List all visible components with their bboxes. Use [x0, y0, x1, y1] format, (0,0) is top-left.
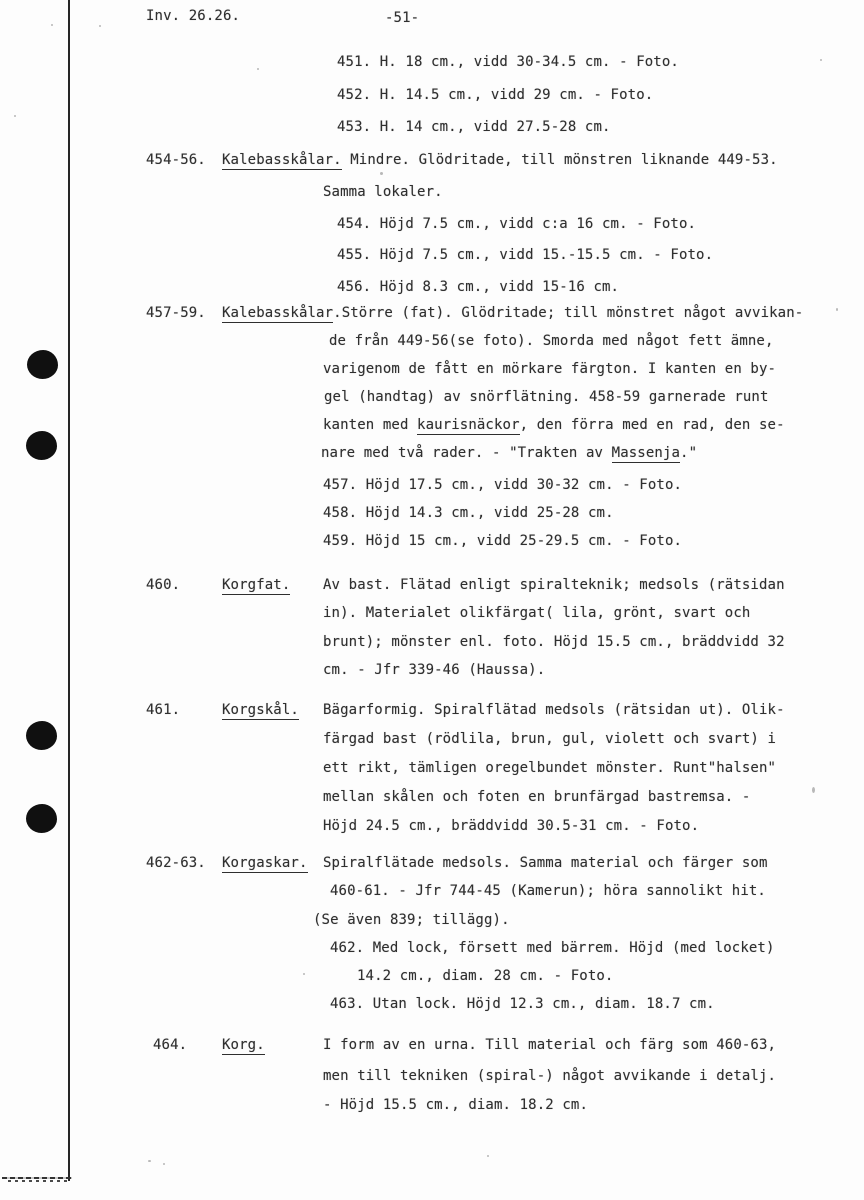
- entry-464-heading: 464.Korg.I form av en urna. Till materia…: [153, 1037, 776, 1053]
- punch-hole-mark: [26, 721, 57, 750]
- catalog-item-453: 453. H. 14 cm., vidd 27.5-28 cm.: [337, 119, 611, 135]
- entry-description: varigenom de fått en mörkare färgton. I …: [323, 361, 776, 377]
- entry-description: Höjd 24.5 cm., bräddvidd 30.5-31 cm. - F…: [323, 818, 699, 834]
- scan-speck: [820, 59, 822, 61]
- entry-description: Samma lokaler.: [323, 184, 443, 200]
- scan-speck: [163, 1163, 165, 1165]
- catalog-item-454: 454. Höjd 7.5 cm., vidd c:a 16 cm. - Fot…: [337, 216, 696, 232]
- entry-description: Mindre. Glödritade, till mönstren liknan…: [342, 152, 778, 168]
- scan-speck: [836, 308, 838, 311]
- entry-description: nare med två rader. - "Trakten av Massen…: [321, 445, 697, 461]
- document-page: Inv. 26.26. -51- 451. H. 18 cm., vidd 30…: [0, 0, 864, 1200]
- entry-description: kanten med kaurisnäckor, den förra med e…: [323, 417, 785, 433]
- binding-rule-line: [68, 0, 70, 1181]
- entry-description: Av bast. Flätad enligt spiralteknik; med…: [323, 577, 785, 593]
- scan-speck: [257, 68, 259, 70]
- inventory-number: Inv. 26.26.: [146, 8, 240, 24]
- underlined-word: kaurisnäckor: [417, 417, 520, 435]
- entry-number: 454-56.: [146, 152, 222, 168]
- punch-hole-mark: [27, 350, 58, 379]
- entry-462-63-heading: 462-63.Korgaskar.Spiralflätade medsols. …: [146, 855, 768, 871]
- entry-term: Korg.: [222, 1037, 265, 1055]
- punch-hole-mark: [26, 804, 57, 833]
- entry-description: - Höjd 15.5 cm., diam. 18.2 cm.: [323, 1097, 588, 1113]
- entry-description: de från 449-56(se foto). Smorda med någo…: [329, 333, 774, 349]
- entry-number: 460.: [146, 577, 222, 593]
- entry-457-59-heading: 457-59.Kalebasskålar.Större (fat). Glödr…: [146, 305, 803, 321]
- entry-461-heading: 461.Korgskål.Bägarformig. Spiralflätad m…: [146, 702, 785, 718]
- entry-460-heading: 460.Korgfat.Av bast. Flätad enligt spira…: [146, 577, 785, 593]
- page-number: -51-: [385, 10, 419, 26]
- entry-term: Korgaskar.: [222, 855, 308, 873]
- catalog-item-451: 451. H. 18 cm., vidd 30-34.5 cm. - Foto.: [337, 54, 679, 70]
- underlined-word: Massenja: [612, 445, 680, 463]
- scan-speck: [14, 115, 16, 117]
- entry-description: in). Materialet olikfärgat( lila, grönt,…: [323, 605, 750, 621]
- catalog-item-456: 456. Höjd 8.3 cm., vidd 15-16 cm.: [337, 279, 619, 295]
- entry-description: ett rikt, tämligen oregelbundet mönster.…: [323, 760, 776, 776]
- entry-454-56-heading: 454-56.Kalebasskålar. Mindre. Glödritade…: [146, 152, 778, 168]
- scan-speck: [51, 24, 53, 26]
- entry-number: 457-59.: [146, 305, 222, 321]
- entry-number: 462-63.: [146, 855, 222, 871]
- entry-description: cm. - Jfr 339-46 (Haussa).: [323, 662, 545, 678]
- entry-number: 461.: [146, 702, 222, 718]
- scan-speck: [303, 973, 305, 975]
- scan-speck: [380, 172, 383, 175]
- catalog-item-457: 457. Höjd 17.5 cm., vidd 30-32 cm. - Fot…: [323, 477, 682, 493]
- entry-description: (Se även 839; tillägg).: [313, 912, 510, 928]
- entry-description: mellan skålen och foten en brunfärgad ba…: [323, 789, 750, 805]
- scan-speck: [487, 1155, 489, 1157]
- catalog-item-455: 455. Höjd 7.5 cm., vidd 15.-15.5 cm. - F…: [337, 247, 713, 263]
- entry-description: 460-61. - Jfr 744-45 (Kamerun); höra san…: [330, 883, 766, 899]
- entry-term: Kalebasskålar: [222, 305, 333, 323]
- entry-description: gel (handtag) av snörflätning. 458-59 ga…: [324, 389, 769, 405]
- catalog-item-458: 458. Höjd 14.3 cm., vidd 25-28 cm.: [323, 505, 614, 521]
- scan-speck: [99, 25, 101, 27]
- catalog-item-463: 463. Utan lock. Höjd 12.3 cm., diam. 18.…: [330, 996, 715, 1012]
- catalog-item-462: 462. Med lock, försett med bärrem. Höjd …: [330, 940, 775, 956]
- entry-description: I form av en urna. Till material och fär…: [323, 1037, 776, 1053]
- entry-number: 464.: [153, 1037, 222, 1053]
- punch-hole-mark: [26, 431, 57, 460]
- scan-speck: [812, 787, 815, 793]
- entry-description: färgad bast (rödlila, brun, gul, violett…: [323, 731, 776, 747]
- scan-speck: [148, 1160, 151, 1162]
- scan-edge-mark: [2, 1177, 72, 1179]
- catalog-item-452: 452. H. 14.5 cm., vidd 29 cm. - Foto.: [337, 87, 653, 103]
- scan-edge-mark: [8, 1180, 70, 1182]
- entry-term: Korgfat.: [222, 577, 290, 595]
- entry-description: men till tekniken (spiral-) något avvika…: [323, 1068, 776, 1084]
- entry-term: Kalebasskålar.: [222, 152, 342, 170]
- entry-description: Bägarformig. Spiralflätad medsols (rätsi…: [323, 702, 785, 718]
- entry-term: Korgskål.: [222, 702, 299, 720]
- entry-description: brunt); mönster enl. foto. Höjd 15.5 cm.…: [323, 634, 785, 650]
- catalog-item-459: 459. Höjd 15 cm., vidd 25-29.5 cm. - Fot…: [323, 533, 682, 549]
- catalog-item-462-continued: 14.2 cm., diam. 28 cm. - Foto.: [357, 968, 613, 984]
- entry-description: Spiralflätade medsols. Samma material oc…: [323, 855, 768, 871]
- entry-description: .Större (fat). Glödritade; till mönstret…: [333, 305, 803, 321]
